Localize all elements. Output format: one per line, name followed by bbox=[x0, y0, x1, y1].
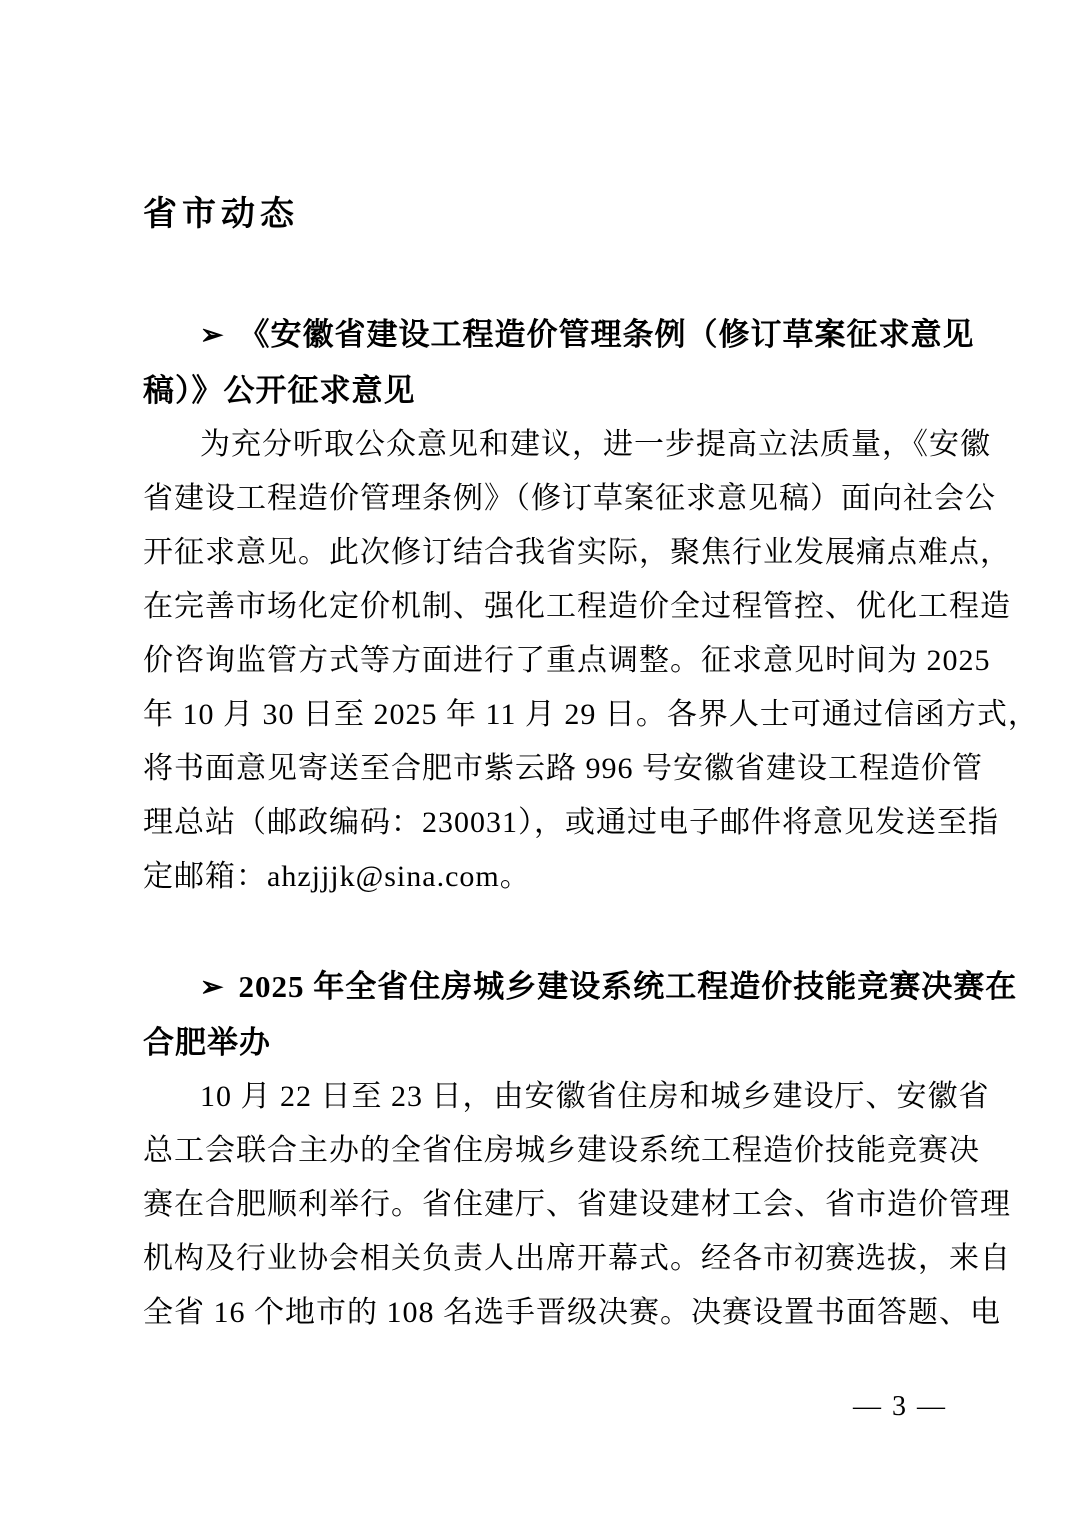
body-line: 年 10 月 30 日至 2025 年 11 月 29 日。各界人士可通过信函方… bbox=[143, 688, 948, 742]
body-line: 价咨询监管方式等方面进行了重点调整。征求意见时间为 2025 bbox=[143, 634, 948, 688]
page-number: — 3 — bbox=[853, 1391, 947, 1423]
body-line: 在完善市场化定价机制、强化工程造价全过程管控、优化工程造 bbox=[143, 580, 948, 634]
news-item-2-heading-line-1: ➢2025 年全省住房城乡建设系统工程造价技能竞赛决赛在 bbox=[143, 960, 948, 1016]
body-line: 为充分听取公众意见和建议，进一步提高立法质量，《安徽 bbox=[143, 418, 948, 472]
body-line: 定邮箱：ahzjjjk@sina.com。 bbox=[143, 850, 948, 904]
body-line: 机构及行业协会相关负责人出席开幕式。经各市初赛选拔，来自 bbox=[143, 1232, 948, 1286]
arrowhead-bullet-icon: ➢ bbox=[200, 309, 224, 363]
body-line: 全省 16 个地市的 108 名选手晋级决赛。决赛设置书面答题、电 bbox=[143, 1286, 948, 1340]
news-item-2-heading-line-2: 合肥举办 bbox=[143, 1016, 948, 1070]
news-item-1: ➢《安徽省建设工程造价管理条例（修订草案征求意见 稿）》公开征求意见 为充分听取… bbox=[143, 308, 948, 904]
news-item-1-heading-text: 《安徽省建设工程造价管理条例（修订草案征求意见 bbox=[238, 317, 974, 352]
news-item-1-heading-line-1: ➢《安徽省建设工程造价管理条例（修订草案征求意见 bbox=[143, 308, 948, 364]
body-line: 省建设工程造价管理条例》（修订草案征求意见稿）面向社会公 bbox=[143, 472, 948, 526]
body-line: 赛在合肥顺利举行。省住建厅、省建设建材工会、省市造价管理 bbox=[143, 1178, 948, 1232]
news-item-2-heading-text: 2025 年全省住房城乡建设系统工程造价技能竞赛决赛在 bbox=[238, 969, 1017, 1004]
body-line: 开征求意见。此次修订结合我省实际，聚焦行业发展痛点难点， bbox=[143, 526, 948, 580]
body-line: 将书面意见寄送至合肥市紫云路 996 号安徽省建设工程造价管 bbox=[143, 742, 948, 796]
arrowhead-bullet-icon: ➢ bbox=[200, 961, 224, 1015]
news-item-2: ➢2025 年全省住房城乡建设系统工程造价技能竞赛决赛在 合肥举办 10 月 2… bbox=[143, 960, 948, 1340]
document-page: 省市动态 ➢《安徽省建设工程造价管理条例（修订草案征求意见 稿）》公开征求意见 … bbox=[0, 0, 1080, 1527]
body-line: 理总站（邮政编码：230031），或通过电子邮件将意见发送至指 bbox=[143, 796, 948, 850]
section-title: 省市动态 bbox=[143, 190, 948, 240]
body-line: 总工会联合主办的全省住房城乡建设系统工程造价技能竞赛决 bbox=[143, 1124, 948, 1178]
body-line: 10 月 22 日至 23 日，由安徽省住房和城乡建设厅、安徽省 bbox=[143, 1070, 948, 1124]
document-content: 省市动态 ➢《安徽省建设工程造价管理条例（修订草案征求意见 稿）》公开征求意见 … bbox=[143, 190, 948, 1340]
news-item-1-heading-line-2: 稿）》公开征求意见 bbox=[143, 364, 948, 418]
